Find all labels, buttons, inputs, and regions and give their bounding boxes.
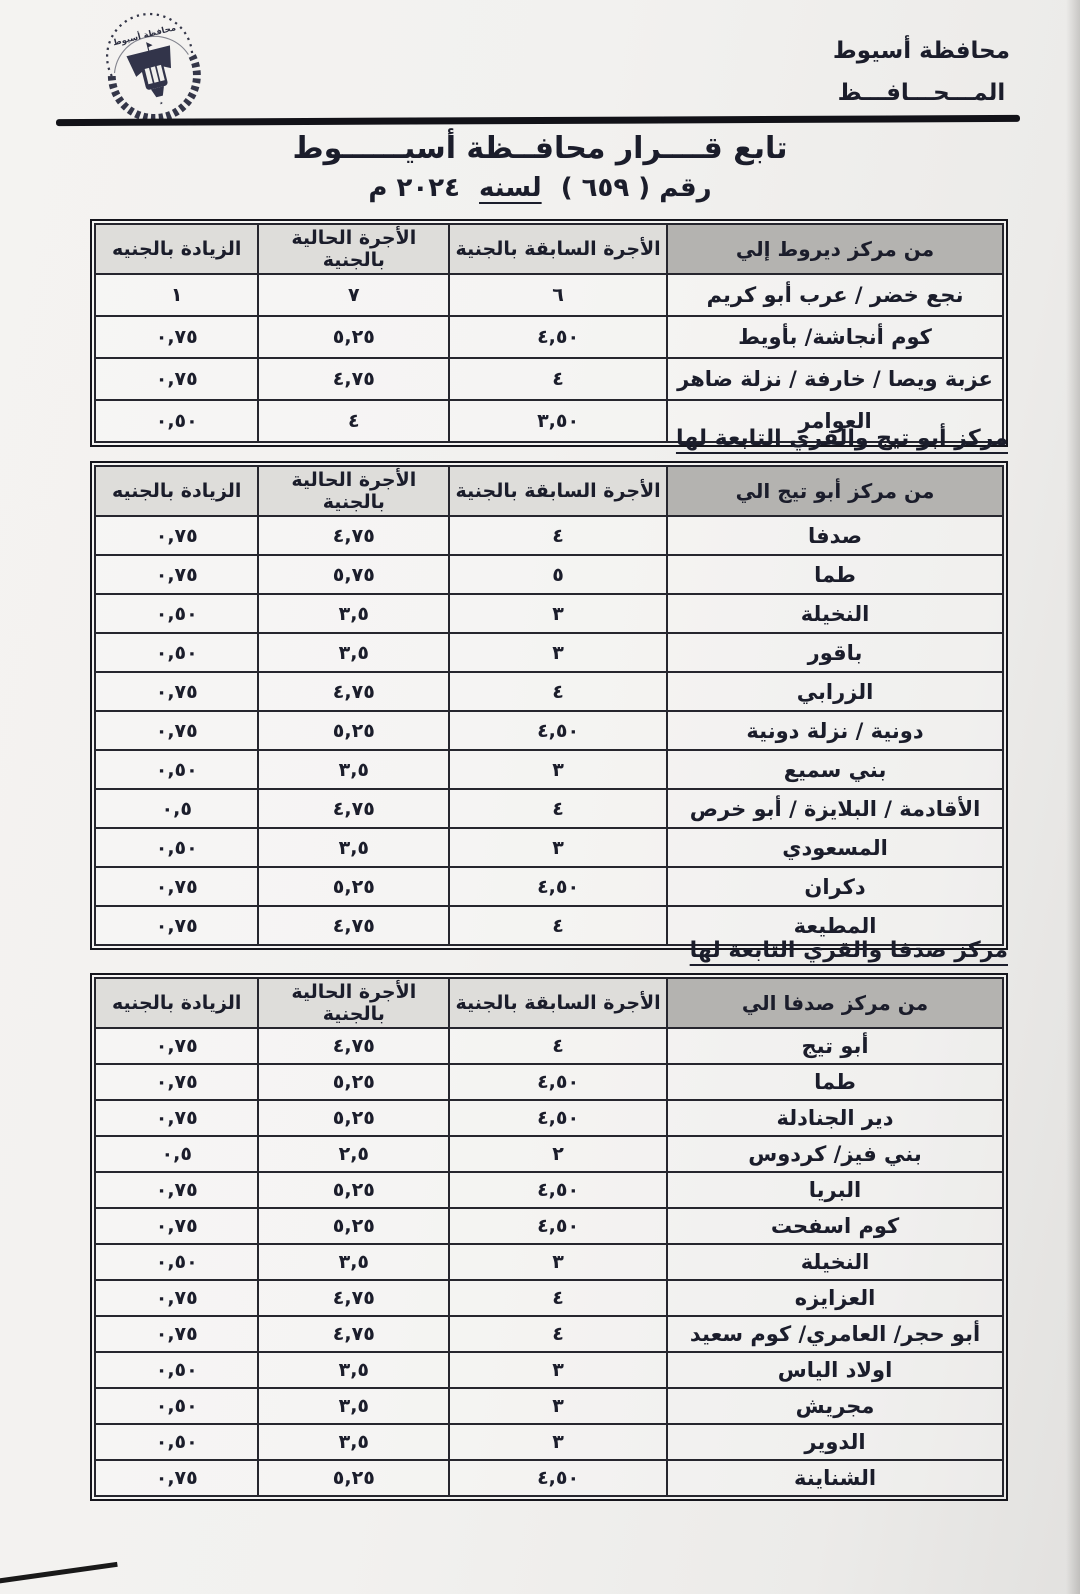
current-fare-cell: ٥,٧٥	[258, 555, 449, 594]
destination-cell: صدفا	[667, 516, 1003, 555]
year-value: ٢٠٢٤ م	[368, 173, 460, 203]
table-row: دونية / نزلة دونية٤,٥٠٥,٢٥٠,٧٥	[95, 711, 1003, 750]
table-row: طما٤,٥٠٥,٢٥٠,٧٥	[95, 1064, 1003, 1100]
table-row: عزبة ويصا / خارفة / نزلة ضاهر٤٤,٧٥٠,٧٥	[95, 358, 1003, 400]
table-row: البريا٤,٥٠٥,٢٥٠,٧٥	[95, 1172, 1003, 1208]
current-fare-cell: ٣,٥	[258, 750, 449, 789]
increase-cell: ٠,٧٥	[95, 1280, 258, 1316]
previous-fare-cell: ٤	[449, 358, 667, 400]
svg-text:٭: ٭	[159, 99, 165, 108]
increase-cell: ٠,٧٥	[95, 516, 258, 555]
destination-cell: أبو تيج	[667, 1028, 1003, 1064]
header-row: من مركز ديروط إليالأجرة السابقة بالجنيةا…	[95, 224, 1003, 274]
destination-cell: النخيلة	[667, 1244, 1003, 1280]
destination-cell: اولاد الياس	[667, 1352, 1003, 1388]
increase-cell: ٠,٥٠	[95, 633, 258, 672]
current-fare-cell: ٥,٢٥	[258, 1460, 449, 1496]
current-fare-cell: ٤,٧٥	[258, 1280, 449, 1316]
table-row: دير الجنادلة٤,٥٠٥,٢٥٠,٧٥	[95, 1100, 1003, 1136]
previous-fare-cell: ٣	[449, 633, 667, 672]
current-fare-cell: ٣,٥	[258, 1424, 449, 1460]
previous-fare-cell: ٤,٥٠	[449, 1208, 667, 1244]
table-row: صدفا٤٤,٧٥٠,٧٥	[95, 516, 1003, 555]
current-fare-cell: ٧	[258, 274, 449, 316]
destination-cell: الشناينة	[667, 1460, 1003, 1496]
destination-cell: بني فيز/ كردوس	[667, 1136, 1003, 1172]
column-header-increase: الزيادة بالجنيه	[95, 978, 258, 1028]
destination-cell: بني سميع	[667, 750, 1003, 789]
header-row: من مركز أبو تيج اليالأجرة السابقة بالجني…	[95, 466, 1003, 516]
previous-fare-cell: ٤	[449, 1028, 667, 1064]
current-fare-cell: ٥,٢٥	[258, 711, 449, 750]
increase-cell: ٠,٥	[95, 1136, 258, 1172]
current-fare-cell: ٤,٧٥	[258, 672, 449, 711]
year-word: لسنه	[479, 173, 542, 203]
current-fare-cell: ٣,٥	[258, 594, 449, 633]
current-fare-cell: ٥,٢٥	[258, 867, 449, 906]
destination-cell: عزبة ويصا / خارفة / نزلة ضاهر	[667, 358, 1003, 400]
table-row: الشناينة٤,٥٠٥,٢٥٠,٧٥	[95, 1460, 1003, 1496]
increase-cell: ٠,٧٥	[95, 1208, 258, 1244]
table-row: كوم اسفحت٤,٥٠٥,٢٥٠,٧٥	[95, 1208, 1003, 1244]
destination-cell: مجريش	[667, 1388, 1003, 1424]
increase-cell: ١	[95, 274, 258, 316]
destination-cell: دير الجنادلة	[667, 1100, 1003, 1136]
increase-cell: ٠,٧٥	[95, 867, 258, 906]
previous-fare-cell: ٣	[449, 750, 667, 789]
increase-cell: ٠,٧٥	[95, 711, 258, 750]
current-fare-cell: ٥,٢٥	[258, 1064, 449, 1100]
previous-fare-cell: ٤,٥٠	[449, 1460, 667, 1496]
previous-fare-cell: ٤	[449, 789, 667, 828]
table-row: بني سميع٣٣,٥٠,٥٠	[95, 750, 1003, 789]
current-fare-cell: ٣,٥	[258, 633, 449, 672]
increase-cell: ٠,٧٥	[95, 1460, 258, 1496]
previous-fare-cell: ٤,٥٠	[449, 1064, 667, 1100]
increase-cell: ٠,٥٠	[95, 828, 258, 867]
column-header-current-fare: الأجرة الحالية بالجنية	[258, 978, 449, 1028]
table-row: مجريش٣٣,٥٠,٥٠	[95, 1388, 1003, 1424]
previous-fare-cell: ٤,٥٠	[449, 867, 667, 906]
previous-fare-cell: ٤,٥٠	[449, 316, 667, 358]
table-row: الدوير٣٣,٥٠,٥٠	[95, 1424, 1003, 1460]
increase-cell: ٠,٧٥	[95, 672, 258, 711]
table-row: طما٥٥,٧٥٠,٧٥	[95, 555, 1003, 594]
current-fare-cell: ٣,٥	[258, 1244, 449, 1280]
scan-edge-shadow	[1066, 0, 1080, 1594]
header-row: من مركز صدفا اليالأجرة السابقة بالجنيةال…	[95, 978, 1003, 1028]
table-row: اولاد الياس٣٣,٥٠,٥٠	[95, 1352, 1003, 1388]
increase-cell: ٠,٥٠	[95, 750, 258, 789]
column-header-previous-fare: الأجرة السابقة بالجنية	[449, 466, 667, 516]
table-row: أبو حجر/ العامري/ كوم سعيد٤٤,٧٥٠,٧٥	[95, 1316, 1003, 1352]
table-section-abu-tig: مركز أبو تيج والقري التابعة لهامن مركز أ…	[90, 424, 1008, 950]
current-fare-cell: ٥,٢٥	[258, 1172, 449, 1208]
table-row: الزرابي٤٤,٧٥٠,٧٥	[95, 672, 1003, 711]
increase-cell: ٠,٧٥	[95, 555, 258, 594]
column-header-increase: الزيادة بالجنيه	[95, 466, 258, 516]
fare-table: من مركز أبو تيج اليالأجرة السابقة بالجني…	[90, 461, 1008, 950]
current-fare-cell: ٥,٢٥	[258, 1208, 449, 1244]
increase-cell: ٠,٧٥	[95, 1100, 258, 1136]
increase-cell: ٠,٧٥	[95, 1028, 258, 1064]
destination-cell: البريا	[667, 1172, 1003, 1208]
table-row: دكران٤,٥٠٥,٢٥٠,٧٥	[95, 867, 1003, 906]
current-fare-cell: ٤,٧٥	[258, 1028, 449, 1064]
destination-cell: الدوير	[667, 1424, 1003, 1460]
increase-cell: ٠,٥٠	[95, 594, 258, 633]
scanned-decree-page: { "header": { "org_name": "محافظة أسيوط"…	[0, 0, 1080, 1594]
destination-cell: طما	[667, 1064, 1003, 1100]
destination-cell: النخيلة	[667, 594, 1003, 633]
column-header-previous-fare: الأجرة السابقة بالجنية	[449, 224, 667, 274]
table-row: كوم أنجاشة/ بأويط٤,٥٠٥,٢٥٠,٧٥	[95, 316, 1003, 358]
previous-fare-cell: ٣	[449, 1244, 667, 1280]
column-header-destination: من مركز أبو تيج الي	[667, 466, 1003, 516]
column-header-increase: الزيادة بالجنيه	[95, 224, 258, 274]
previous-fare-cell: ٤	[449, 672, 667, 711]
column-header-current-fare: الأجرة الحالية بالجنية	[258, 224, 449, 274]
destination-cell: دكران	[667, 867, 1003, 906]
destination-cell: دونية / نزلة دونية	[667, 711, 1003, 750]
table-row: نجع خضر / عرب أبو كريم٦٧١	[95, 274, 1003, 316]
increase-cell: ٠,٥٠	[95, 1388, 258, 1424]
destination-cell: كوم أنجاشة/ بأويط	[667, 316, 1003, 358]
current-fare-cell: ٣,٥	[258, 1388, 449, 1424]
column-header-destination: من مركز ديروط إلي	[667, 224, 1003, 274]
table-row: بني فيز/ كردوس٢٢,٥٠,٥	[95, 1136, 1003, 1172]
table-row: العزايزه٤٤,٧٥٠,٧٥	[95, 1280, 1003, 1316]
increase-cell: ٠,٧٥	[95, 316, 258, 358]
destination-cell: طما	[667, 555, 1003, 594]
table-section-sedfa: مركز صدفا والقري التابعة لهامن مركز صدفا…	[90, 936, 1008, 1501]
previous-fare-cell: ٣	[449, 828, 667, 867]
destination-cell: باقور	[667, 633, 1003, 672]
increase-cell: ٠,٧٥	[95, 1064, 258, 1100]
previous-fare-cell: ٢	[449, 1136, 667, 1172]
decree-title-block: تابع قــــرار محافــظة أسيــــــوط رقم (…	[0, 131, 1080, 203]
increase-cell: ٠,٥٠	[95, 1352, 258, 1388]
increase-cell: ٠,٥٠	[95, 1244, 258, 1280]
increase-cell: ٠,٧٥	[95, 1172, 258, 1208]
previous-fare-cell: ٣	[449, 1352, 667, 1388]
current-fare-cell: ٢,٥	[258, 1136, 449, 1172]
org-name: محافظة أسيوط	[833, 30, 1010, 72]
column-header-previous-fare: الأجرة السابقة بالجنية	[449, 978, 667, 1028]
table-row: باقور٣٣,٥٠,٥٠	[95, 633, 1003, 672]
current-fare-cell: ٤,٧٥	[258, 789, 449, 828]
current-fare-cell: ٤,٧٥	[258, 1316, 449, 1352]
previous-fare-cell: ٥	[449, 555, 667, 594]
destination-cell: العزايزه	[667, 1280, 1003, 1316]
table-row: النخيلة٣٣,٥٠,٥٠	[95, 594, 1003, 633]
previous-fare-cell: ٤	[449, 1280, 667, 1316]
section-title: مركز أبو تيج والقري التابعة لها	[90, 424, 1008, 458]
increase-cell: ٠,٥٠	[95, 1424, 258, 1460]
destination-cell: المسعودي	[667, 828, 1003, 867]
previous-fare-cell: ٤,٥٠	[449, 711, 667, 750]
increase-cell: ٠,٧٥	[95, 1316, 258, 1352]
destination-cell: نجع خضر / عرب أبو كريم	[667, 274, 1003, 316]
previous-fare-cell: ٣	[449, 1388, 667, 1424]
destination-cell: كوم اسفحت	[667, 1208, 1003, 1244]
previous-fare-cell: ٦	[449, 274, 667, 316]
increase-cell: ٠,٧٥	[95, 358, 258, 400]
previous-fare-cell: ٤	[449, 516, 667, 555]
letterhead: محافظة أسيوط المـــحـــافـــظ	[833, 30, 1010, 114]
decree-title: تابع قــــرار محافــظة أسيــــــوط	[0, 131, 1080, 166]
destination-cell: أبو حجر/ العامري/ كوم سعيد	[667, 1316, 1003, 1352]
current-fare-cell: ٣,٥	[258, 1352, 449, 1388]
destination-cell: الأقادمة / البلايزة / أبو خرص	[667, 789, 1003, 828]
table-row: أبو تيج٤٤,٧٥٠,٧٥	[95, 1028, 1003, 1064]
decree-number: رقم ( ٦٥٩ )	[561, 173, 712, 203]
table-row: النخيلة٣٣,٥٠,٥٠	[95, 1244, 1003, 1280]
previous-fare-cell: ٤,٥٠	[449, 1100, 667, 1136]
governor-title: المـــحـــافـــظ	[833, 72, 1010, 114]
decree-number-line: رقم ( ٦٥٩ ) لسنه ٢٠٢٤ م	[0, 173, 1080, 203]
current-fare-cell: ٥,٢٥	[258, 1100, 449, 1136]
current-fare-cell: ٣,٥	[258, 828, 449, 867]
current-fare-cell: ٤,٧٥	[258, 516, 449, 555]
current-fare-cell: ٥,٢٥	[258, 316, 449, 358]
current-fare-cell: ٤,٧٥	[258, 358, 449, 400]
column-header-destination: من مركز صدفا الي	[667, 978, 1003, 1028]
previous-fare-cell: ٤,٥٠	[449, 1172, 667, 1208]
fare-table: من مركز ديروط إليالأجرة السابقة بالجنيةا…	[90, 219, 1008, 447]
destination-cell: الزرابي	[667, 672, 1003, 711]
fare-table: من مركز صدفا اليالأجرة السابقة بالجنيةال…	[90, 973, 1008, 1501]
table-row: الأقادمة / البلايزة / أبو خرص٤٤,٧٥٠,٥	[95, 789, 1003, 828]
section-title: مركز صدفا والقري التابعة لها	[90, 936, 1008, 970]
table-row: المسعودي٣٣,٥٠,٥٠	[95, 828, 1003, 867]
column-header-current-fare: الأجرة الحالية بالجنية	[258, 466, 449, 516]
previous-fare-cell: ٤	[449, 1316, 667, 1352]
increase-cell: ٠,٥	[95, 789, 258, 828]
previous-fare-cell: ٣	[449, 1424, 667, 1460]
previous-fare-cell: ٣	[449, 594, 667, 633]
table-section-deirut: من مركز ديروط إليالأجرة السابقة بالجنيةا…	[90, 216, 1008, 447]
